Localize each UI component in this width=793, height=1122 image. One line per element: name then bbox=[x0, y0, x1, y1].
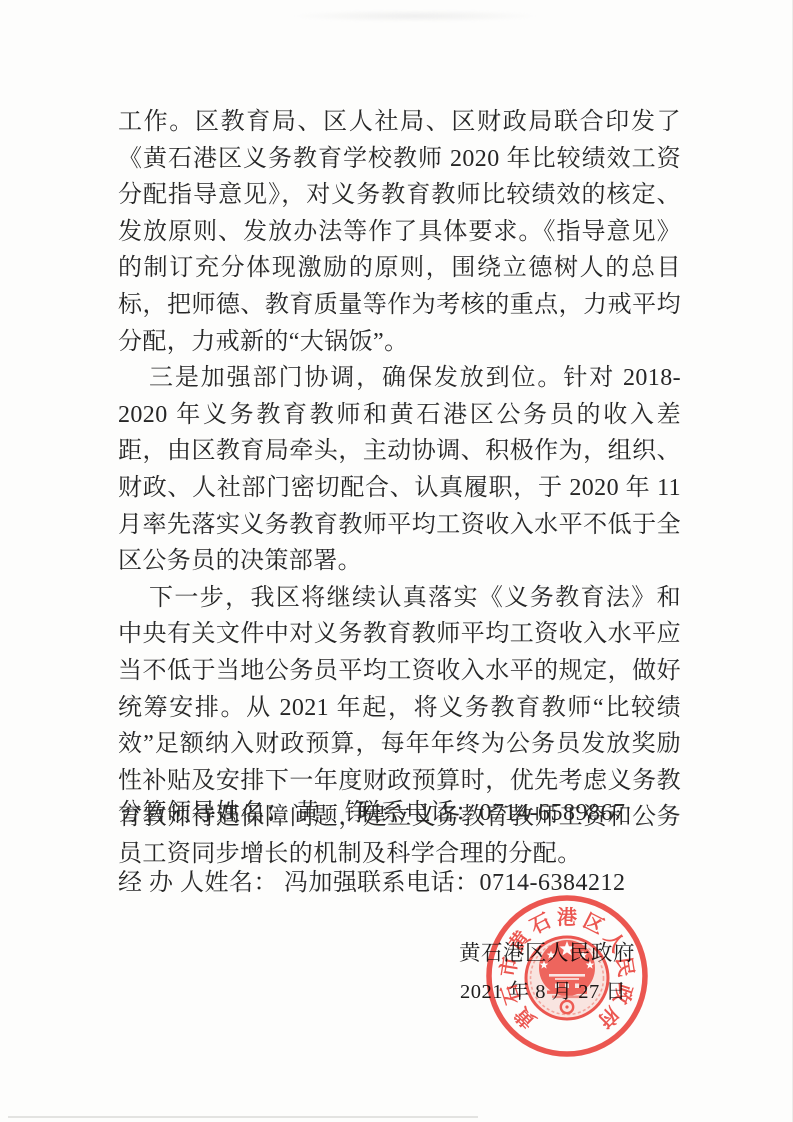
svg-text:市: 市 bbox=[495, 955, 522, 979]
official-government-seal: 黄石市黄石港区人民政府 bbox=[477, 886, 657, 1066]
svg-text:民: 民 bbox=[612, 955, 638, 978]
handler-name-label: 经 办 人姓名： bbox=[118, 870, 278, 896]
svg-text:政: 政 bbox=[609, 981, 638, 1007]
scanned-document-page: 工作。区教育局、区人社局、区财政局联合印发了《黄石港区义务教育学校教师 2020… bbox=[0, 0, 793, 1122]
svg-text:人: 人 bbox=[599, 927, 629, 957]
body-paragraph-3: 下一步，我区将继续认真落实《义务教育法》和中央有关文件中对义务教育教师平均工资收… bbox=[118, 580, 681, 873]
phone-label: 联系电话： bbox=[357, 870, 480, 896]
body-paragraph-1: 工作。区教育局、区人社局、区财政局联合印发了《黄石港区义务教育学校教师 2020… bbox=[118, 104, 681, 360]
phone-number: 0714-6589867 bbox=[480, 800, 626, 826]
leader-phone: 联系电话：0714-6589867 bbox=[357, 792, 626, 827]
svg-text:石: 石 bbox=[526, 909, 554, 939]
svg-text:区: 区 bbox=[579, 909, 607, 939]
svg-text:黄: 黄 bbox=[504, 925, 536, 956]
scan-artifact-bottom bbox=[8, 1116, 478, 1118]
handler-name: 冯加强 bbox=[284, 870, 358, 896]
document-body: 工作。区教育局、区人社局、区财政局联合印发了《黄石港区义务教育学校教师 2020… bbox=[118, 104, 681, 872]
svg-text:石: 石 bbox=[497, 981, 525, 1007]
body-paragraph-2: 三是加强部门协调，确保发放到位。针对 2018-2020 年义务教育教师和黄石港… bbox=[118, 360, 681, 580]
leader-name-label: 分管领导姓名： bbox=[118, 800, 290, 826]
scan-artifact-top bbox=[250, 8, 580, 24]
phone-label: 联系电话： bbox=[357, 800, 480, 826]
contact-row-leader: 分管领导姓名：黄 铮 联系电话：0714-6589867 bbox=[118, 792, 681, 824]
svg-text:港: 港 bbox=[557, 905, 577, 929]
national-emblem-icon bbox=[526, 937, 608, 1019]
